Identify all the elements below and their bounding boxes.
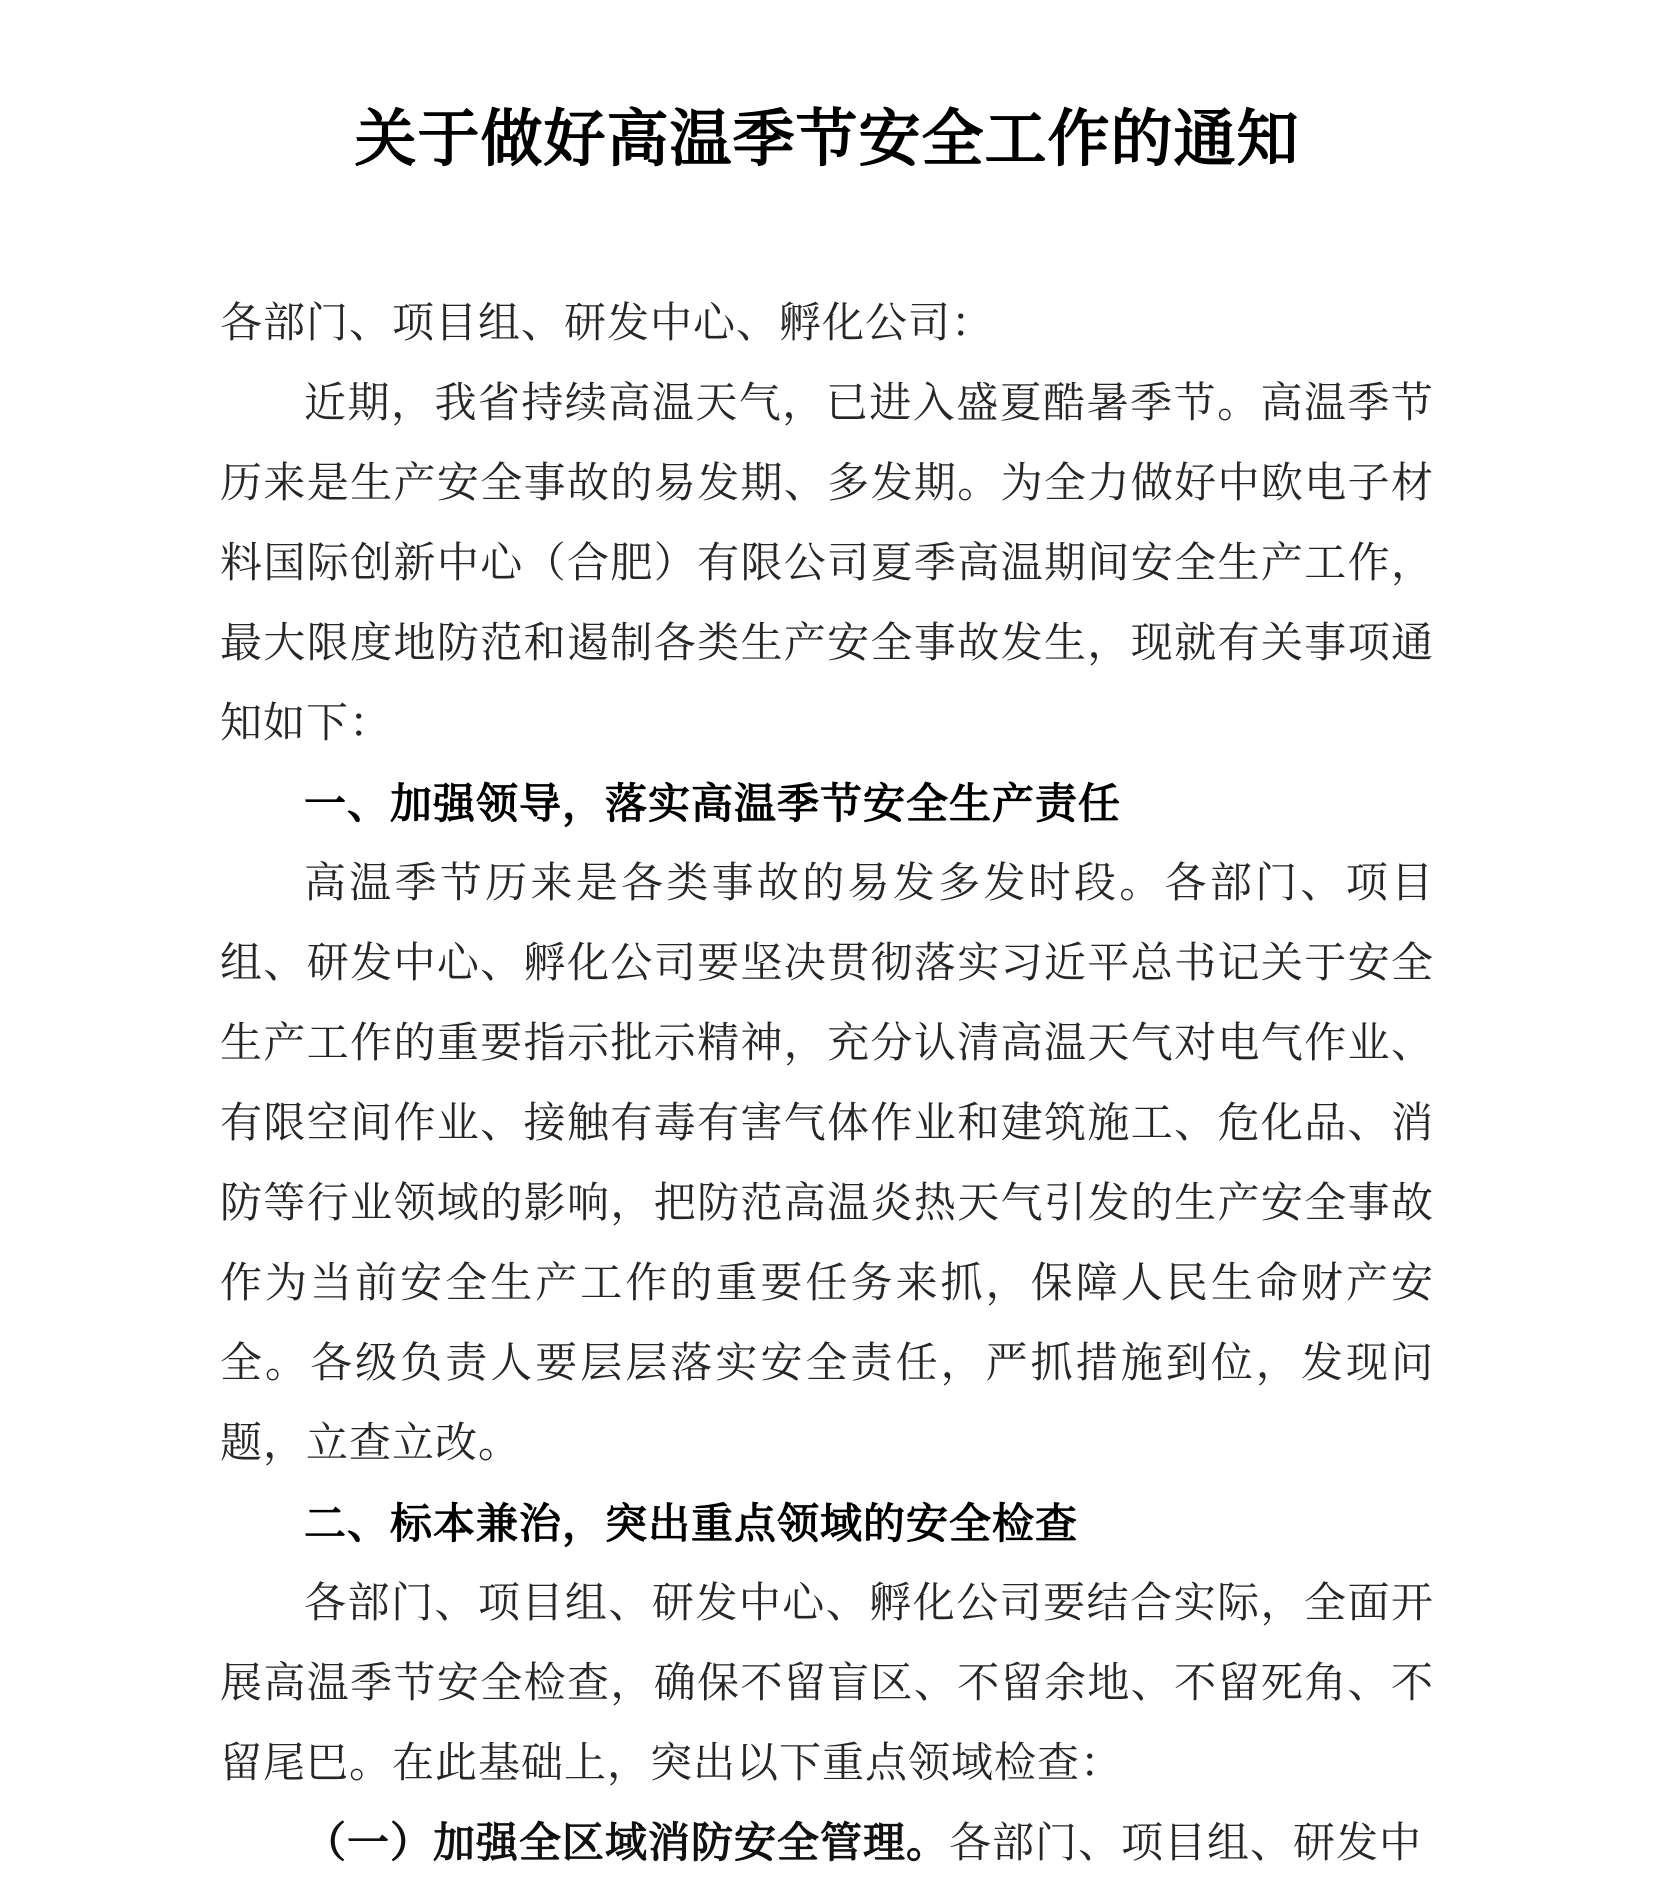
item-1-text: 各部门、项目组、研发中 xyxy=(949,1821,1422,1867)
salutation-line: 各部门、项目组、研发中心、孵化公司： xyxy=(220,284,1434,364)
document-page: 关于做好高温季节安全工作的通知 各部门、项目组、研发中心、孵化公司： 近期，我省… xyxy=(0,0,1654,1883)
paragraph-section-1: 高温季节历来是各类事故的易发多发时段。各部门、项目组、研发中心、孵化公司要坚决贯… xyxy=(220,844,1434,1484)
section-heading-2: 二、标本兼治，突出重点领域的安全检查 xyxy=(220,1484,1434,1564)
paragraph-section-2: 各部门、项目组、研发中心、孵化公司要结合实际，全面开展高温季节安全检查，确保不留… xyxy=(220,1564,1434,1804)
item-1-lead: （一）加强全区域消防安全管理。 xyxy=(304,1821,949,1867)
document-title: 关于做好高温季节安全工作的通知 xyxy=(220,88,1434,192)
paragraph-intro: 近期，我省持续高温天气，已进入盛夏酷暑季节。高温季节历来是生产安全事故的易发期、… xyxy=(220,364,1434,764)
paragraph-item-1: （一）加强全区域消防安全管理。各部门、项目组、研发中 xyxy=(220,1804,1434,1883)
section-heading-1: 一、加强领导，落实高温季节安全生产责任 xyxy=(220,764,1434,844)
document-body: 各部门、项目组、研发中心、孵化公司： 近期，我省持续高温天气，已进入盛夏酷暑季节… xyxy=(220,284,1434,1883)
